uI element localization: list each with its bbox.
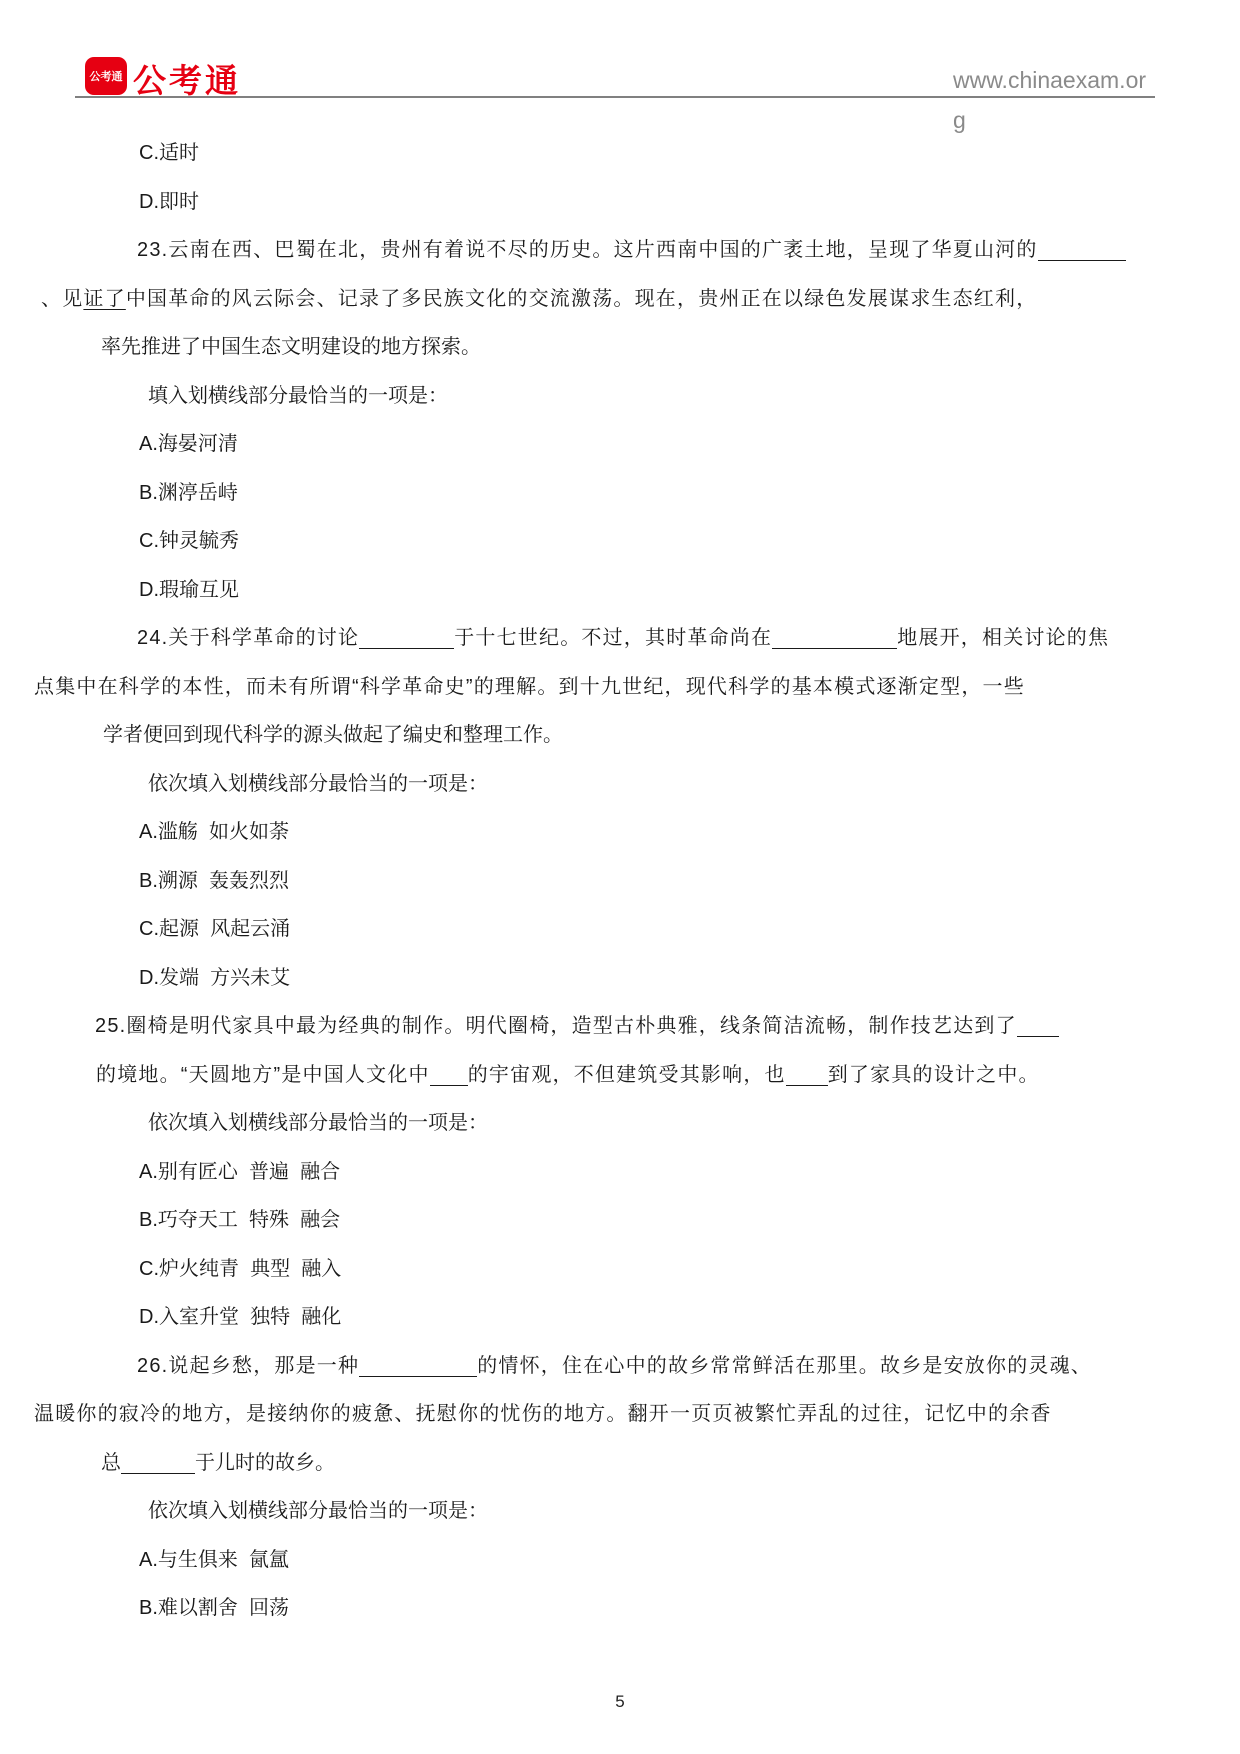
text-line: 23.云南在西、巴蜀在北，贵州有着说不尽的历史。这片西南中国的广袤土地，呈现了华… — [137, 236, 1126, 264]
text-line: B.溯源 轰轰烈烈 — [139, 867, 289, 895]
text-segment: B.难以割舍 回荡 — [139, 1597, 289, 1619]
text-line: C.钟灵毓秀 — [139, 527, 239, 555]
text-segment: C.炉火纯青 典型 融入 — [139, 1258, 341, 1280]
text-line: 依次填入划横线部分最恰当的一项是： — [148, 1497, 488, 1525]
text-segment: A.滥觞 如火如荼 — [139, 821, 289, 843]
blank-underline — [359, 628, 454, 649]
text-line: 温暖你的寂冷的地方，是接纳你的疲惫、抚慰你的忧伤的地方。翻开一页页被繁忙弄乱的过… — [34, 1400, 1052, 1428]
text-segment: 24.关于科学革命的讨论 — [137, 627, 359, 649]
blank-underline — [772, 628, 897, 649]
text-line: 率先推进了中国生态文明建设的地方探索。 — [101, 333, 481, 361]
text-segment: 的宇宙观，不但建筑受其影响，也 — [468, 1064, 786, 1086]
text-segment: 于十七世纪。不过，其时革命尚在 — [454, 627, 772, 649]
text-line: 26.说起乡愁，那是一种的情怀，住在心中的故乡常常鲜活在那里。故乡是安放你的灵魂… — [137, 1352, 1092, 1380]
text-line: D.入室升堂 独特 融化 — [139, 1303, 341, 1331]
text-line: C.适时 — [139, 139, 199, 167]
text-line: D.瑕瑜互见 — [139, 576, 239, 604]
text-line: B.巧夺天工 特殊 融会 — [139, 1206, 340, 1234]
text-segment: C.钟灵毓秀 — [139, 530, 239, 552]
text-segment: 的情怀，住在心中的故乡常常鲜活在那里。故乡是安放你的灵魂、 — [477, 1355, 1092, 1377]
text-segment: A.海晏河清 — [139, 433, 238, 455]
text-segment: 到了家具的设计之中。 — [828, 1064, 1040, 1086]
text-line: C.炉火纯青 典型 融入 — [139, 1255, 341, 1283]
text-line: B.难以割舍 回荡 — [139, 1594, 289, 1622]
text-line: 的境地。“天圆地方”是中国人文化中的宇宙观，不但建筑受其影响，也到了家具的设计之… — [96, 1061, 1040, 1089]
text-line: C.起源 风起云涌 — [139, 915, 290, 943]
text-segment: B.巧夺天工 特殊 融会 — [139, 1209, 340, 1231]
blank-underline — [1038, 240, 1126, 261]
text-segment: D.发端 方兴未艾 — [139, 967, 290, 989]
text-segment: 点集中在科学的本性，而未有所谓“科学革命史”的理解。到十九世纪，现代科学的基本模… — [34, 676, 1025, 698]
text-line: 填入划横线部分最恰当的一项是： — [148, 382, 448, 410]
text-segment: D.入室升堂 独特 融化 — [139, 1306, 341, 1328]
text-segment: A.别有匠心 普遍 融合 — [139, 1161, 340, 1183]
text-line: 24.关于科学革命的讨论于十七世纪。不过，其时革命尚在地展开，相关讨论的焦 — [137, 624, 1109, 652]
text-segment: C.适时 — [139, 142, 199, 164]
blank-underline — [786, 1065, 828, 1086]
text-segment: 温暖你的寂冷的地方，是接纳你的疲惫、抚慰你的忧伤的地方。翻开一页页被繁忙弄乱的过… — [34, 1403, 1052, 1425]
kaogongtong-wordmark: 公考通 — [133, 55, 241, 102]
text-segment: 、见 — [41, 288, 83, 310]
underlined-text: 证了 — [83, 288, 125, 310]
blank-underline — [430, 1065, 468, 1086]
site-url: www.chinaexam.org — [953, 60, 1153, 140]
kaogongtong-logo-badge: 公考通 — [85, 57, 127, 95]
text-segment: 填入划横线部分最恰当的一项是： — [148, 385, 448, 407]
text-segment: D.即时 — [139, 191, 199, 213]
text-segment: 26.说起乡愁，那是一种 — [137, 1355, 359, 1377]
text-segment: D.瑕瑜互见 — [139, 579, 239, 601]
text-segment: 25.圈椅是明代家具中最为经典的制作。明代圈椅，造型古朴典雅，线条简洁流畅，制作… — [95, 1015, 1017, 1037]
text-line: 依次填入划横线部分最恰当的一项是： — [148, 1109, 488, 1137]
page-number: 5 — [0, 1692, 1240, 1712]
text-line: 、见证了中国革命的风云际会、记录了多民族文化的交流激荡。现在，贵州正在以绿色发展… — [41, 285, 1037, 313]
text-line: 依次填入划横线部分最恰当的一项是： — [148, 770, 488, 798]
blank-underline — [1017, 1016, 1059, 1037]
document-page: 公考通 公考通 www.chinaexam.org C.适时D.即时23.云南在… — [0, 0, 1240, 1754]
text-segment: 23.云南在西、巴蜀在北，贵州有着说不尽的历史。这片西南中国的广袤土地，呈现了华… — [137, 239, 1038, 261]
text-segment: 中国革命的风云际会、记录了多民族文化的交流激荡。现在，贵州正在以绿色发展谋求生态… — [126, 288, 1038, 310]
text-line: D.即时 — [139, 188, 199, 216]
logo-badge-text: 公考通 — [90, 68, 123, 84]
text-segment: 依次填入划横线部分最恰当的一项是： — [148, 773, 488, 795]
blank-underline — [121, 1453, 195, 1474]
text-segment: 于儿时的故乡。 — [195, 1452, 335, 1474]
blank-underline — [359, 1356, 477, 1377]
text-segment: C.起源 风起云涌 — [139, 918, 290, 940]
text-line: B.渊渟岳峙 — [139, 479, 238, 507]
text-line: A.滥觞 如火如荼 — [139, 818, 289, 846]
text-segment: 学者便回到现代科学的源头做起了编史和整理工作。 — [103, 724, 563, 746]
text-segment: 依次填入划横线部分最恰当的一项是： — [148, 1500, 488, 1522]
text-line: D.发端 方兴未艾 — [139, 964, 290, 992]
text-segment: B.渊渟岳峙 — [139, 482, 238, 504]
text-line: A.与生俱来 氤氲 — [139, 1546, 289, 1574]
text-segment: 的境地。“天圆地方”是中国人文化中 — [96, 1064, 430, 1086]
text-segment: B.溯源 轰轰烈烈 — [139, 870, 289, 892]
text-segment: A.与生俱来 氤氲 — [139, 1549, 289, 1571]
text-segment: 地展开，相关讨论的焦 — [897, 627, 1109, 649]
text-segment: 总 — [101, 1452, 121, 1474]
text-segment: 依次填入划横线部分最恰当的一项是： — [148, 1112, 488, 1134]
text-line: 总于儿时的故乡。 — [101, 1449, 335, 1477]
text-line: 点集中在科学的本性，而未有所谓“科学革命史”的理解。到十九世纪，现代科学的基本模… — [34, 673, 1025, 701]
text-line: A.别有匠心 普遍 融合 — [139, 1158, 340, 1186]
text-line: 25.圈椅是明代家具中最为经典的制作。明代圈椅，造型古朴典雅，线条简洁流畅，制作… — [95, 1012, 1059, 1040]
text-line: A.海晏河清 — [139, 430, 238, 458]
text-line: 学者便回到现代科学的源头做起了编史和整理工作。 — [103, 721, 563, 749]
text-segment: 率先推进了中国生态文明建设的地方探索。 — [101, 336, 481, 358]
